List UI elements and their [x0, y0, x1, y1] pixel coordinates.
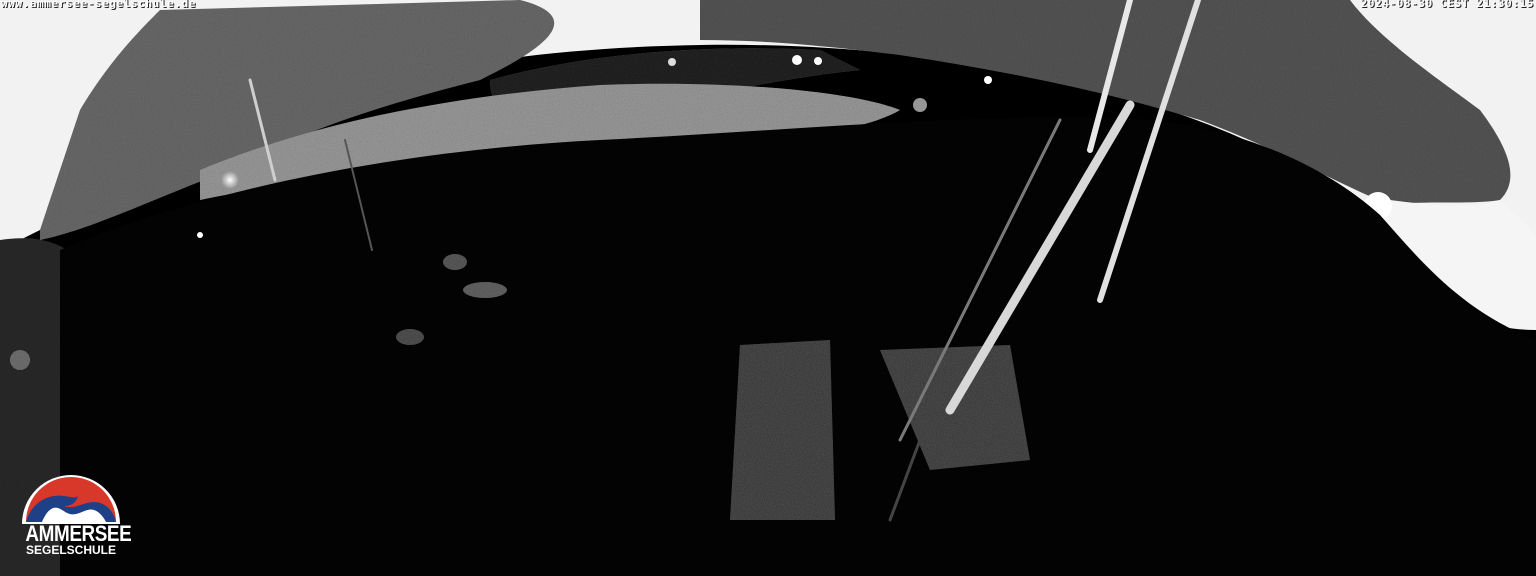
timestamp-overlay: 2024-08-30 CEST 21:30:15: [1361, 0, 1534, 11]
logo-emblem-icon: [18, 456, 124, 526]
website-url-overlay: www.ammersee-segelschule.de: [1, 0, 196, 11]
ammersee-segelschule-logo: AMMERSEE SEGELSCHULE: [18, 456, 124, 560]
logo-subtitle: SEGELSCHULE: [18, 544, 124, 557]
webcam-image: www.ammersee-segelschule.de 2024-08-30 C…: [0, 0, 1536, 576]
logo-title: AMMERSEE: [25, 523, 116, 545]
webcam-scene: [0, 0, 1536, 576]
